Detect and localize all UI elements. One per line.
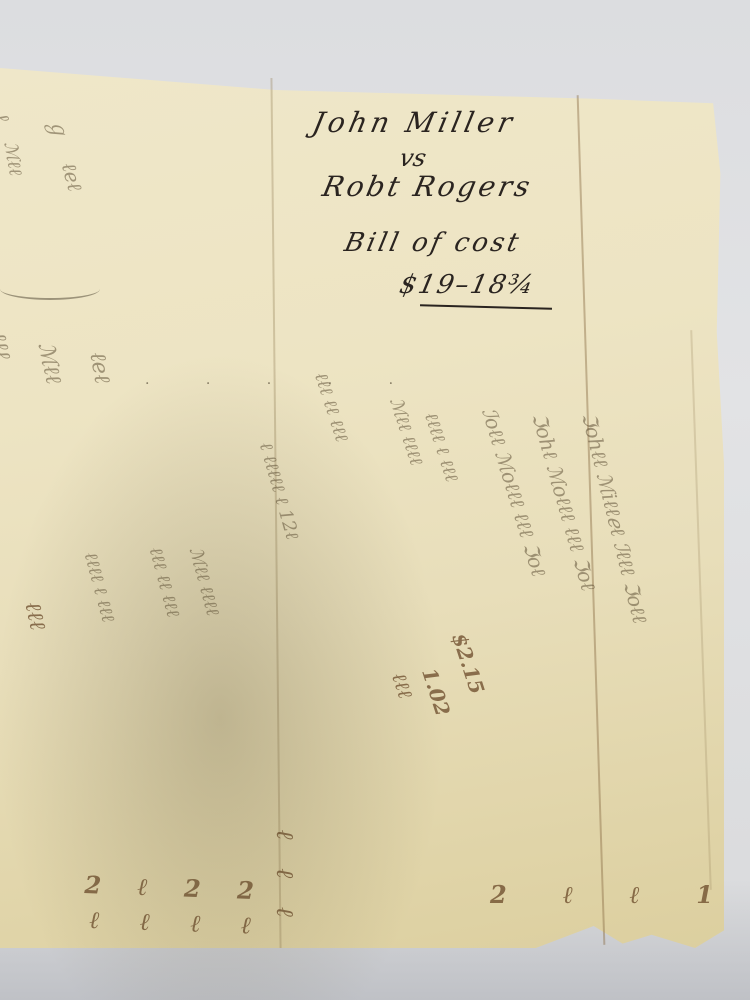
total-amount: $19–18¾ — [397, 270, 538, 300]
bleed-figures: ℓ ℓ ℓ — [270, 830, 300, 927]
document-type: Bill of cost — [342, 228, 524, 258]
bleed-figures: 2 ℓ ℓ 1 1 2 — [490, 880, 750, 910]
bleed-text: ℓℓℓ — [20, 600, 51, 633]
leader-dots: . . . . . — [145, 372, 419, 388]
bleed-figures: 2 ℓ 2 2 — [84, 870, 268, 906]
plaintiff-name: John Miller — [309, 106, 519, 139]
defendant-name: Robt Rogers — [319, 170, 535, 203]
bleed-text: ℓeℓ — [84, 350, 115, 385]
bleed-figures: ℓ ℓ ℓ ℓ — [89, 905, 268, 941]
brace-mark — [0, 278, 100, 300]
